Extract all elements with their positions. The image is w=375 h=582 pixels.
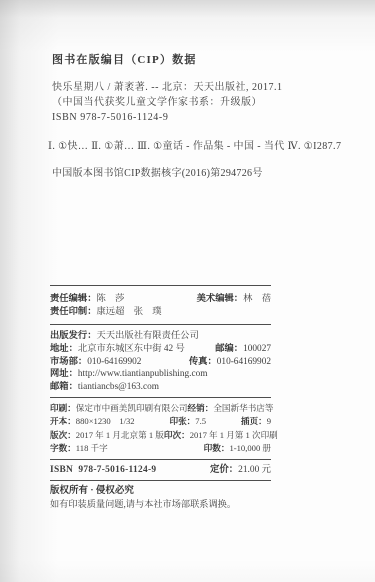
edition-value: 2017 年 1 月北京第 1 版 [76,430,164,440]
cip-title: 图书在版编目（CIP）数据 [52,54,197,67]
print-supervisor: 责任印制：康远超 张 璞 [50,306,162,319]
staff-row-print: 责任印制：康远超 张 璞 [50,306,271,319]
cip-record-number: 中国版本图书馆CIP数据核字(2016)第294726号 [52,167,263,180]
isbn-number: ISBN 978-7-5016-1124-9 [50,464,156,477]
print-run-label: 印数： [204,443,230,453]
printer-row: 印刷：保定市中画美凯印刷有限公司 经销：全国新华书店等 [50,402,271,415]
fax-number: 010-64169902 [217,357,271,367]
responsible-editor-name: 陈 莎 [97,294,125,304]
edition-label: 版次： [50,430,76,440]
website-label: 网址： [50,369,78,379]
print-run-value: 1-10,000 册 [229,443,271,453]
address-label: 地址： [50,344,78,354]
email: 邮箱：tiantiancbs@163.com [50,381,159,394]
word-count-label: 字数： [50,443,76,453]
fax: 传真：010-64169902 [189,356,271,369]
website-row: 网址：http://www.tiantianpublishing.com [50,368,271,381]
word-count: 字数：118 千字 [50,442,108,455]
email-row: 邮箱：tiantiancbs@163.com [50,381,271,394]
print-supervisor-label: 责任印制： [50,307,97,317]
format-row: 开本：880×1230 1/32 印张：7.5 插页：9 [50,415,271,428]
price-value: 21.00 元 [238,465,271,475]
format-label: 开本： [50,416,76,426]
postcode: 邮编：100027 [215,343,271,356]
cip-classification-line: Ⅰ. ①快… Ⅱ. ①萧… Ⅲ. ①童话 - 作品集 - 中国 - 当代 Ⅳ. … [48,140,341,153]
copyright-note: 如有印装质量问题,请与本社市场部联系调换。 [50,498,271,510]
distributor-name: 全国新华书店等 [213,403,273,413]
isbn-row: ISBN 978-7-5016-1124-9 定价：21.00 元 [50,464,271,477]
format-value: 880×1230 1/32 [76,416,135,426]
publisher-label: 出版发行： [50,331,97,341]
publisher-name: 天天出版社有限责任公司 [97,331,199,341]
website: 网址：http://www.tiantianpublishing.com [50,368,207,381]
phone-row: 市场部：010-64169902 传真：010-64169902 [50,356,271,369]
market-dept: 市场部：010-64169902 [50,356,141,369]
cip-book-line: 快乐星期八 / 萧袤著. -- 北京：天天出版社, 2017.1 [52,81,282,94]
copyright-notice: 版权所有 · 侵权必究 [50,484,271,498]
word-count-value: 118 千字 [76,443,108,453]
responsible-editor-label: 责任编辑： [50,294,97,304]
art-editor: 美术编辑：林 蓓 [197,293,271,306]
impression: 印次：2017 年 1 月第 1 次印刷 [164,429,278,442]
printing-block: 印刷：保定市中画美凯印刷有限公司 经销：全国新华书店等 开本：880×1230 … [50,397,271,456]
art-editor-name: 林 蓓 [243,294,271,304]
email-label: 邮箱： [50,382,78,392]
address-row: 地址：北京市东城区东中街 42 号 邮编：100027 [50,343,271,356]
sheets-value: 7.5 [195,416,206,426]
print-supervisor-names: 康远超 张 璞 [97,307,162,317]
inserts-label: 插页： [241,416,267,426]
address-value: 北京市东城区东中街 42 号 [78,344,185,354]
email-address: tiantiancbs@163.com [78,382,159,392]
impression-value: 2017 年 1 月第 1 次印刷 [190,430,278,440]
art-editor-label: 美术编辑： [197,294,244,304]
isbn-block: ISBN 978-7-5016-1124-9 定价：21.00 元 [50,459,271,477]
edition-row: 版次：2017 年 1 月北京第 1 版 印次：2017 年 1 月第 1 次印… [50,429,271,442]
inserts-value: 9 [267,416,271,426]
distributor: 经销：全国新华书店等 [188,402,274,415]
book-copyright-page: 图书在版编目（CIP）数据 快乐星期八 / 萧袤著. -- 北京：天天出版社, … [0,0,375,582]
publisher-row: 出版发行：天天出版社有限责任公司 [50,330,271,343]
distributor-label: 经销： [188,403,214,413]
cip-isbn-line: ISBN 978-7-5016-1124-9 [52,111,168,124]
cip-series-line: （中国当代获奖儿童文学作家书系：升级版） [52,96,262,109]
sheets-label: 印张： [169,416,195,426]
impression-label: 印次： [164,430,190,440]
price: 定价：21.00 元 [210,464,271,477]
address: 地址：北京市东城区东中街 42 号 [50,343,185,356]
postcode-label: 邮编： [215,344,243,354]
website-url: http://www.tiantianpublishing.com [78,369,208,379]
postcode-value: 100027 [243,344,271,354]
inserts: 插页：9 [241,415,271,428]
wordcount-row: 字数：118 千字 印数：1-10,000 册 [50,442,271,455]
publisher-block: 出版发行：天天出版社有限责任公司 地址：北京市东城区东中街 42 号 邮编：10… [50,324,271,394]
printer-label: 印刷： [50,403,76,413]
copyright-block: 版权所有 · 侵权必究 如有印装质量问题,请与本社市场部联系调换。 [50,480,271,510]
printer: 印刷：保定市中画美凯印刷有限公司 [50,402,188,415]
edition: 版次：2017 年 1 月北京第 1 版 [50,429,164,442]
staff-block: 责任编辑：陈 莎 美术编辑：林 蓓 责任印制：康远超 张 璞 [50,285,271,319]
price-label: 定价： [210,465,238,475]
staff-row-editors: 责任编辑：陈 莎 美术编辑：林 蓓 [50,293,271,306]
responsible-editor: 责任编辑：陈 莎 [50,293,124,306]
market-dept-label: 市场部： [50,357,87,367]
sheets: 印张：7.5 [169,415,206,428]
publisher: 出版发行：天天出版社有限责任公司 [50,330,199,343]
fax-label: 传真： [189,357,217,367]
print-run: 印数：1-10,000 册 [204,442,271,455]
market-dept-phone: 010-64169902 [87,357,141,367]
printer-name: 保定市中画美凯印刷有限公司 [76,403,188,413]
format: 开本：880×1230 1/32 [50,415,135,428]
